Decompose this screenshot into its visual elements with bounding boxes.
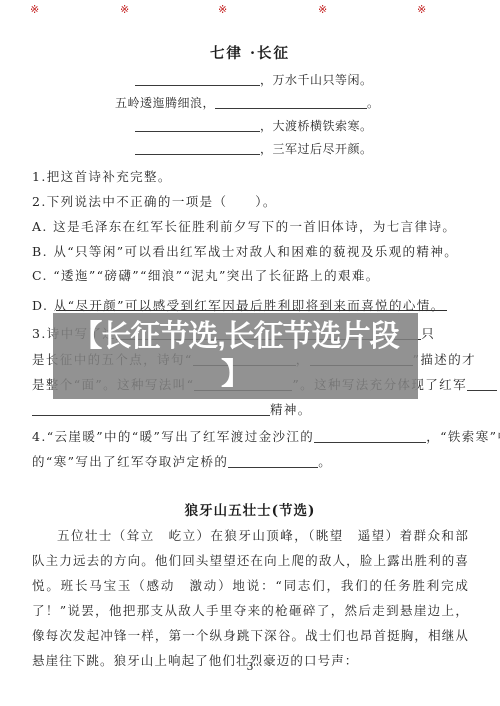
poem-line-4: ，三军过后尽开颜。: [135, 140, 373, 157]
answer-blank: [32, 403, 270, 416]
question-1: 1.把这首诗补充完整。: [32, 167, 172, 185]
poem-line-3: ，大渡桥横铁索寒。: [135, 117, 373, 134]
question-text: 的“寒”写出了红军夺取泸定桥的: [32, 454, 228, 469]
answer-blank: [228, 455, 318, 468]
question-4-line-1: 4.“云崖暖”中的“暖”写出了红军渡过金沙江的，“铁索寒”中: [32, 427, 500, 445]
option-b: B. 从“只等闲”可以看出红军战士对敌人和困难的藐视及乐观的精神。: [32, 242, 458, 260]
question-text: 。: [318, 454, 332, 469]
option-c: C. “逶迤”“磅礴”“细浪”“泥丸”突出了长征路上的艰难。: [32, 266, 380, 284]
poem-text: 五岭逶迤腾细浪，: [115, 96, 215, 110]
question-text: ，“铁索寒”中: [426, 429, 500, 444]
watermark-text: 【长征节选,长征节选片段: [72, 318, 398, 356]
question-text: 4.“云崖暖”中的“暖”写出了红军渡过金沙江的: [32, 429, 314, 444]
question-text: 精神。: [270, 402, 312, 417]
question-text: 只: [421, 326, 435, 341]
red-deco-mark: ※: [30, 3, 39, 16]
answer-blank: [135, 73, 260, 86]
reading-passage: 五位壮士（耸立 屹立）在狼牙山顶峰，（眺望 遥望）着群众和部队主力远去的方向。他…: [32, 523, 469, 673]
watermark-overlay: 【长征节选,长征节选片段 】: [53, 313, 418, 399]
answer-blank: [135, 119, 260, 132]
answer-blank: [135, 142, 260, 155]
poem-text: 。: [367, 96, 380, 110]
question-text: ”描述的才: [413, 352, 476, 367]
option-a: A. 这是毛泽东在红军长征胜利前夕写下的一首旧体诗，为七言律诗。: [32, 217, 456, 235]
worksheet-page: ※ ※ ※ ※ ※ 七律 ·长征 ，万水千山只等闲。 五岭逶迤腾细浪，。 ，大渡…: [0, 0, 500, 706]
page-number: 3: [0, 660, 500, 673]
question-3-line-4: 精神。: [32, 400, 312, 418]
option-d: D. 从“尽开颜”可以感受到红军因最后胜利即将到来而喜悦的心情。: [32, 296, 445, 314]
answer-blank: [314, 430, 426, 443]
poem-line-2: 五岭逶迤腾细浪，。: [115, 94, 380, 111]
red-deco-mark: ※: [120, 3, 129, 16]
poem-title: 七律 ·长征: [0, 42, 500, 63]
watermark-text: 】: [221, 356, 250, 394]
section-title: 狼牙山五壮士(节选): [0, 499, 500, 519]
answer-blank: [215, 96, 367, 109]
answer-blank: [467, 378, 497, 391]
poem-line-1: ，万水千山只等闲。: [135, 71, 373, 88]
poem-text: ，大渡桥横铁索寒。: [260, 119, 373, 133]
poem-text: ，三军过后尽开颜。: [260, 142, 373, 156]
red-deco-mark: ※: [318, 3, 327, 16]
red-deco-mark: ※: [218, 3, 227, 16]
poem-text: ，万水千山只等闲。: [260, 73, 373, 87]
question-2: 2.下列说法中不正确的一项是（ ）。: [32, 192, 277, 210]
red-deco-mark: ※: [417, 3, 426, 16]
question-4-line-2: 的“寒”写出了红军夺取泸定桥的。: [32, 452, 332, 470]
answer-rule: [56, 310, 447, 311]
